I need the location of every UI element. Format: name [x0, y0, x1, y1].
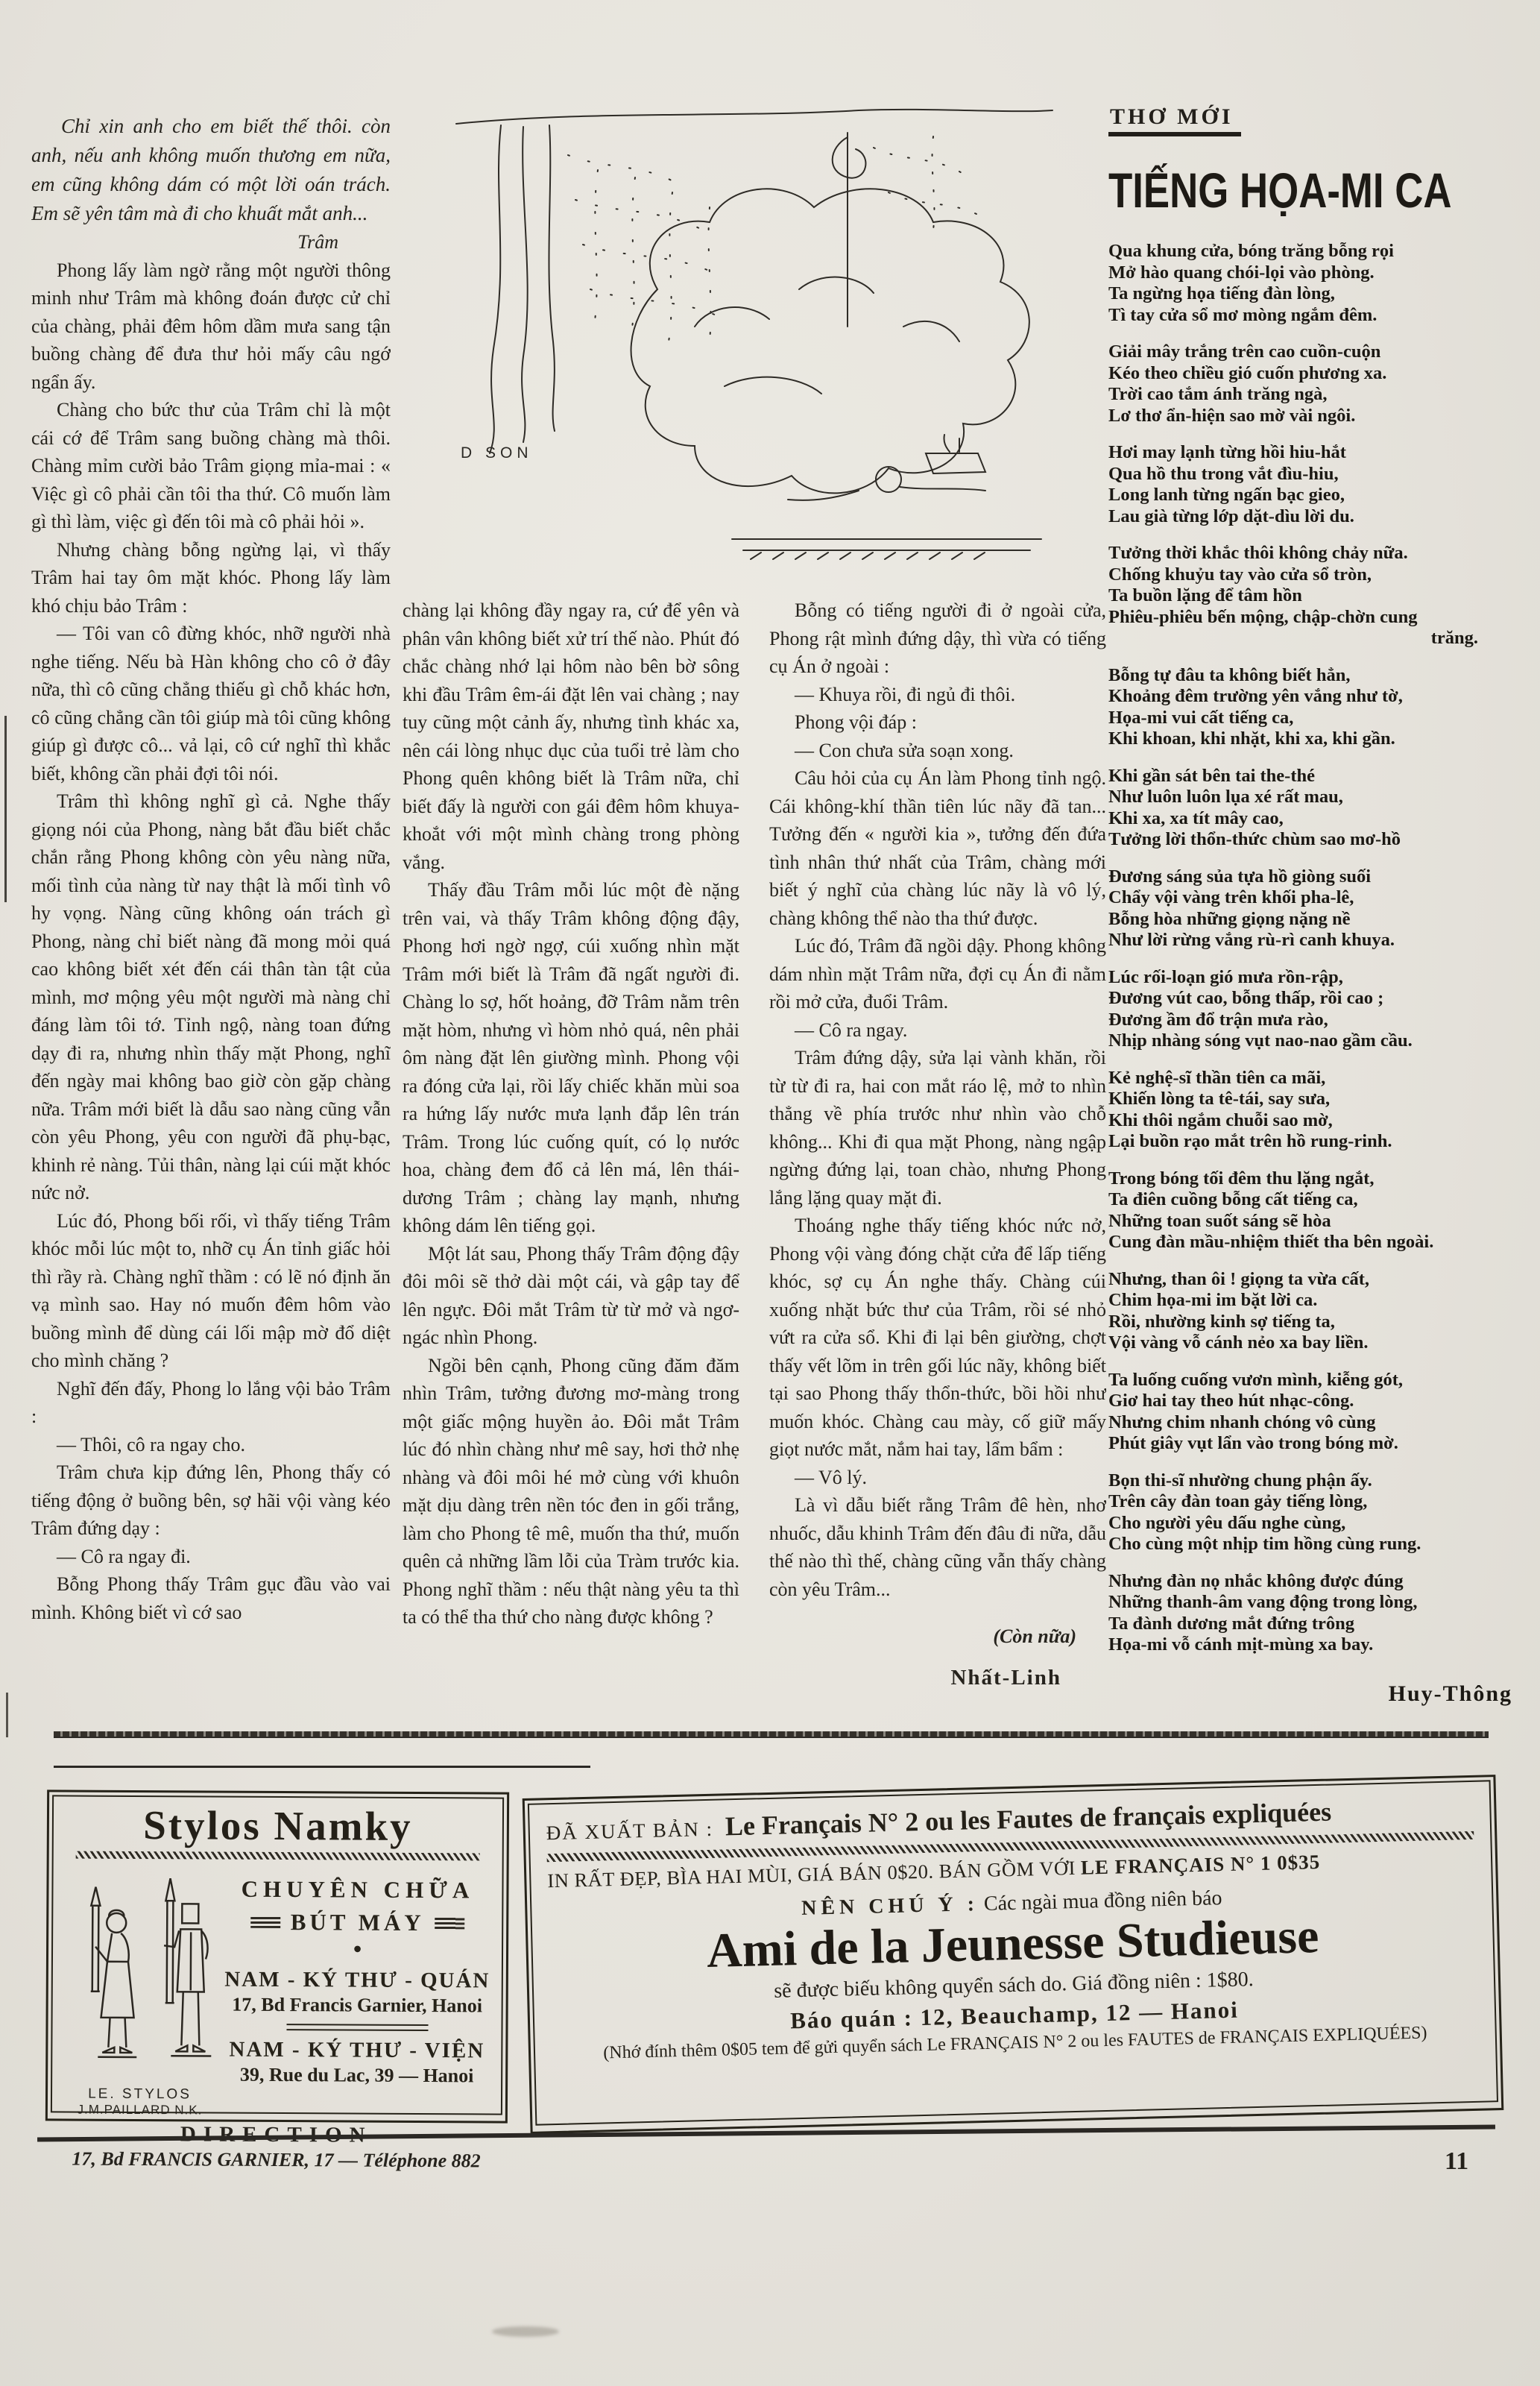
- poem-line: Trời cao tắm ánh trăng ngà,: [1108, 384, 1530, 406]
- poem-line: Lau già từng lớp dặt-dìu lời du.: [1108, 506, 1530, 528]
- story-paragraph: Trâm thì không nghĩ gì cả. Nghe thấy giọ…: [31, 787, 391, 1207]
- poem-line: Khi thôi ngắm chuỗi sao mờ,: [1108, 1110, 1530, 1132]
- ad-stylos-service-line2: BÚT MÁY: [291, 1909, 425, 1936]
- ad-stylos-shop2: NAM - KÝ THƯ - VIỆN: [220, 2038, 493, 2064]
- poem-author: Huy-Thông: [1108, 1681, 1530, 1707]
- story-illustration: [411, 103, 1076, 591]
- ad-stylos-figure-caption-1: LE. STYLOS: [60, 2086, 220, 2103]
- story-paragraph: — Thôi, cô ra ngay cho.: [31, 1431, 391, 1459]
- poem-line: Lơ thơ ẩn-hiện sao mờ vài ngôi.: [1108, 406, 1530, 427]
- ad-stylos-shop1: NAM - KÝ THƯ - QUÁN: [221, 1968, 494, 1994]
- ad-ami-bundle-price: LE FRANÇAIS N° 1 0$35: [1081, 1851, 1321, 1879]
- poem-line: Tưởng lời thổn-thức chùm sao mơ-hồ: [1108, 829, 1530, 851]
- poem-line: Cho người yêu dấu nghe cùng,: [1108, 1513, 1530, 1534]
- ad-ami-print-info: IN RẤT ĐẸP, BÌA HAI MÙI, GIÁ BÁN 0$20. B…: [547, 1857, 1076, 1892]
- poem-line: Khi khoan, khi nhặt, khi xa, khi gần.: [1108, 728, 1530, 750]
- story-paragraph: — Tôi van cô đừng khóc, nhỡ người nhà ng…: [31, 620, 391, 787]
- poem-line: Ta đành dương mắt đứng trông: [1108, 1614, 1530, 1635]
- story-column-2: chàng lại không đầy ngay ra, cứ để yên v…: [403, 596, 739, 1734]
- poem-line: Chẩy vội vàng trên khối pha-lê,: [1108, 887, 1530, 909]
- poem-line: Ta ngừng họa tiếng đàn lòng,: [1108, 283, 1530, 305]
- poem-line: Như lời rừng vắng rù-rì canh khuya.: [1108, 930, 1530, 951]
- story-paragraph: Câu hỏi của cụ Án làm Phong tỉnh ngộ. Cá…: [769, 764, 1106, 932]
- poem-line: Trên cây đàn toan gảy tiếng lòng,: [1108, 1491, 1530, 1513]
- page-number: 11: [1445, 2147, 1468, 2176]
- story-paragraph: Nhưng chàng bỗng ngừng lại, vì thấy Trâm…: [31, 536, 391, 620]
- story-col2-paragraphs: chàng lại không đầy ngay ra, cứ để yên v…: [403, 596, 739, 1631]
- poem-line: Giải mây trắng trên cao cuồn-cuộn: [1108, 341, 1530, 363]
- ad-ami-notice-text: Các ngài mua đồng niên báo: [984, 1886, 1222, 1916]
- story-paragraph: Bỗng có tiếng người đi ở ngoài cửa, Phon…: [769, 596, 1106, 681]
- story-paragraph: chàng lại không đầy ngay ra, cứ để yên v…: [403, 596, 739, 876]
- story-paragraph: — Khuya rồi, đi ngủ đi thôi.: [769, 681, 1106, 709]
- poem-line: Mở hào quang chói-lọi vào phòng.: [1108, 262, 1530, 284]
- story-paragraph: Trâm chưa kịp đứng lên, Phong thấy có ti…: [31, 1458, 391, 1543]
- story-paragraph: — Con chưa sửa soạn xong.: [769, 737, 1106, 765]
- poem-line: Ta buồn lặng để tâm hồn: [1108, 585, 1530, 607]
- story-col3-paragraphs: Bỗng có tiếng người đi ở ngoài cửa, Phon…: [769, 596, 1106, 1603]
- poem-line: Long lanh từng ngấn bạc gieo,: [1108, 485, 1530, 506]
- story-paragraph: Bỗng Phong thấy Trâm gục đầu vào vai mìn…: [31, 1570, 391, 1626]
- illustration-signature: D SON: [461, 444, 533, 462]
- story-letter: Chỉ xin anh cho em biết thế thôi. còn an…: [31, 112, 391, 228]
- story-paragraph: Trâm đứng dậy, sửa lại vành khăn, rồi từ…: [769, 1044, 1106, 1212]
- ad-stylos-service-line1: CHUYÊN CHỮA: [221, 1876, 494, 1904]
- poem-section: THƠ MỚI TIẾNG HỌA-MI CA Qua khung cửa, b…: [1108, 104, 1530, 1707]
- poem-line: Đương vút cao, bỗng thấp, rồi cao ;: [1108, 988, 1530, 1010]
- story-paragraph: — Cô ra ngay.: [769, 1016, 1106, 1045]
- story-paragraph: — Cô ra ngay đi.: [31, 1543, 391, 1571]
- poem-line: Như luôn luôn lụa xé rất mau,: [1108, 787, 1530, 808]
- poem-line: Phút giây vụt lẩn vào trong bóng mờ.: [1108, 1433, 1530, 1455]
- scan-artifact: [6, 1693, 8, 1737]
- ad-stylos-addr2: 39, Rue du Lac, 39 — Hanoi: [220, 2064, 493, 2088]
- poem-line: Trong bóng tối đêm thu lặng ngắt,: [1108, 1168, 1530, 1190]
- story-paragraph: Thoáng nghe thấy tiếng khóc nức nở, Phon…: [769, 1212, 1106, 1464]
- poem-line: Nhịp nhàng sóng vụt nao-nao gầm cầu.: [1108, 1030, 1530, 1052]
- hatched-rule: [76, 1851, 480, 1861]
- poem-line: Qua hồ thu trong vắt đìu-hiu,: [1108, 464, 1530, 485]
- ad-stylos-direction-address: 17, Bd FRANCIS GARNIER, 17 — Téléphone 8…: [51, 2147, 500, 2172]
- ad-ami-jeunesse: ĐÃ XUẤT BẢN : Le Français N° 2 ou les Fa…: [523, 1775, 1504, 2134]
- poem-line: Lại buồn rạo mắt trên hồ rung-rinh.: [1108, 1131, 1530, 1153]
- poem-section-label: THƠ MỚI: [1108, 104, 1241, 136]
- poem-line: Ta điên cuồng bỗng cất tiếng ca,: [1108, 1189, 1530, 1211]
- newspaper-page-scan: { "page": { "number": "11" }, "story": {…: [0, 0, 1540, 2386]
- equals-ornament: [250, 1916, 280, 1928]
- story-paragraph: Phong lấy làm ngờ rằng một người thông m…: [31, 256, 391, 397]
- story-to-be-continued: (Còn nữa): [769, 1622, 1106, 1651]
- poem-line: Khiến lòng ta tê-tái, say sưa,: [1108, 1089, 1530, 1110]
- poem-line: Những toan suốt sáng sẽ hòa: [1108, 1211, 1530, 1233]
- poem-line: Khoảng đêm trường yên vắng như tờ,: [1108, 686, 1530, 708]
- poem-line: trăng.: [1108, 628, 1530, 649]
- poem-line: Kéo theo chiều gió cuốn phương xa.: [1108, 363, 1530, 385]
- ad-ami-published-label: ĐÃ XUẤT BẢN :: [546, 1818, 713, 1845]
- poem-line: Chống khuỷu tay vào cửa sổ tròn,: [1108, 564, 1530, 586]
- story-column-1: Chỉ xin anh cho em biết thế thôi. còn an…: [31, 112, 391, 1734]
- ad-stylos-figures: LE. STYLOS J.M.PAILLARD N.K.: [60, 1864, 221, 2118]
- ad-stylos-namky: Stylos Namky: [45, 1789, 509, 2123]
- poem-line: Nhưng đàn nọ nhắc không được đúng: [1108, 1571, 1530, 1593]
- story-col1-paragraphs: Phong lấy làm ngờ rằng một người thông m…: [31, 256, 391, 1627]
- poem-line: Chim họa-mi im bặt lời ca.: [1108, 1290, 1530, 1312]
- story-author: Nhất-Linh: [769, 1664, 1106, 1693]
- story-column-3: Bỗng có tiếng người đi ở ngoài cửa, Phon…: [769, 596, 1106, 1734]
- poem-line: Tưởng thời khắc thôi không chảy nữa.: [1108, 543, 1530, 564]
- dot-ornament: ●: [221, 1940, 494, 1959]
- poem-line: Ta luống cuống vươn mình, kiễng gót,: [1108, 1370, 1530, 1391]
- poem-line: Tì tay cửa sổ mơ mòng ngắm đêm.: [1108, 305, 1530, 327]
- poem-line: Bỗng hòa những giọng nặng nề: [1108, 909, 1530, 931]
- poem-line: Cung đàn mầu-nhiệm thiết tha bên ngoài.: [1108, 1232, 1530, 1253]
- ad-ami-notice-label: NÊN CHÚ Ý :: [801, 1892, 979, 1920]
- scan-smudge: [492, 2326, 559, 2337]
- line-drawing-bedroom-scene: [411, 103, 1076, 591]
- divider-rule-left: [54, 1766, 590, 1768]
- poem-line: Những thanh-âm vang động trong lòng,: [1108, 1592, 1530, 1614]
- ad-stylos-addr1: 17, Bd Francis Garnier, Hanoi: [221, 1994, 494, 2018]
- poem-line: Phiêu-phiêu bến mộng, chập-chờn cung: [1108, 607, 1530, 629]
- poem-line: Giơ hai tay theo hút nhạc-công.: [1108, 1391, 1530, 1412]
- scan-artifact: [4, 716, 7, 902]
- poem-line: Đương sáng sủa tựa hồ giòng suối: [1108, 866, 1530, 888]
- story-letter-signature: Trâm: [31, 228, 391, 256]
- equals-ornament: [435, 1917, 465, 1929]
- story-paragraph: Lúc đó, Phong bối rối, vì thấy tiếng Trâ…: [31, 1207, 391, 1375]
- poem-line: Nhưng, than ôi ! giọng ta vừa cất,: [1108, 1269, 1530, 1291]
- story-paragraph: Ngồi bên cạnh, Phong cũng đăm đăm nhìn T…: [403, 1352, 739, 1631]
- poem-body: Qua khung cửa, bóng trăng bỗng rọiMở hào…: [1108, 241, 1530, 1656]
- poem-title: TIẾNG HỌA-MI CA: [1108, 162, 1446, 218]
- poem-line: Rồi, nhường kinh sợ tiếng ta,: [1108, 1312, 1530, 1333]
- poem-line: Cho cùng một nhịp tim hồng cùng rung.: [1108, 1534, 1530, 1555]
- section-divider-rule: [54, 1731, 1489, 1738]
- fountain-pen-mascots-drawing: [62, 1864, 220, 2081]
- ad-ami-book-title: Le Français N° 2 ou les Fautes de frança…: [725, 1796, 1331, 1842]
- story-paragraph: Thấy đầu Trâm mỗi lúc một đè nặng trên v…: [403, 876, 739, 1240]
- story-paragraph: Nghĩ đến đấy, Phong lo lắng vội bảo Trâm…: [31, 1375, 391, 1431]
- story-paragraph: Lúc đó, Trâm đã ngồi dậy. Phong không dá…: [769, 932, 1106, 1016]
- story-paragraph: Là vì dẫu biết rằng Trâm đê hèn, nhơ nhu…: [769, 1491, 1106, 1603]
- story-paragraph: Một lát sau, Phong thấy Trâm động đậy đô…: [403, 1240, 739, 1352]
- poem-line: Bọn thi-sĩ nhường chung phận ấy.: [1108, 1470, 1530, 1492]
- double-rule: [286, 2024, 428, 2031]
- ad-stylos-figure-caption-2: J.M.PAILLARD N.K.: [60, 2102, 220, 2118]
- poem-line: Họa-mi vui cất tiếng ca,: [1108, 708, 1530, 729]
- poem-line: Kẻ nghệ-sĩ thần tiên ca mãi,: [1108, 1068, 1530, 1089]
- poem-line: Bỗng tự đâu ta không biết hẳn,: [1108, 665, 1530, 687]
- poem-line: Qua khung cửa, bóng trăng bỗng rọi: [1108, 241, 1530, 262]
- poem-line: Lúc rối-loạn gió mưa rồn-rập,: [1108, 967, 1530, 989]
- poem-line: Đương ầm đổ trận mưa rào,: [1108, 1010, 1530, 1031]
- story-paragraph: — Vô lý.: [769, 1464, 1106, 1492]
- poem-line: Nhưng chim nhanh chóng vô cùng: [1108, 1412, 1530, 1434]
- ad-stylos-title: Stylos Namky: [54, 1801, 502, 1850]
- story-paragraph: Chàng cho bức thư của Trâm chỉ là một cá…: [31, 396, 391, 536]
- poem-line: Họa-mi vỗ cánh mịt-mùng xa bay.: [1108, 1634, 1530, 1656]
- poem-line: Khi gần sát bên tai the-thé: [1108, 766, 1530, 787]
- poem-line: Vội vàng vỗ cánh nẻo xa bay liền.: [1108, 1332, 1530, 1354]
- story-paragraph: Phong vội đáp :: [769, 708, 1106, 737]
- poem-line: Hơi may lạnh từng hồi hiu-hắt: [1108, 442, 1530, 464]
- poem-line: Khi xa, xa tít mây cao,: [1108, 808, 1530, 830]
